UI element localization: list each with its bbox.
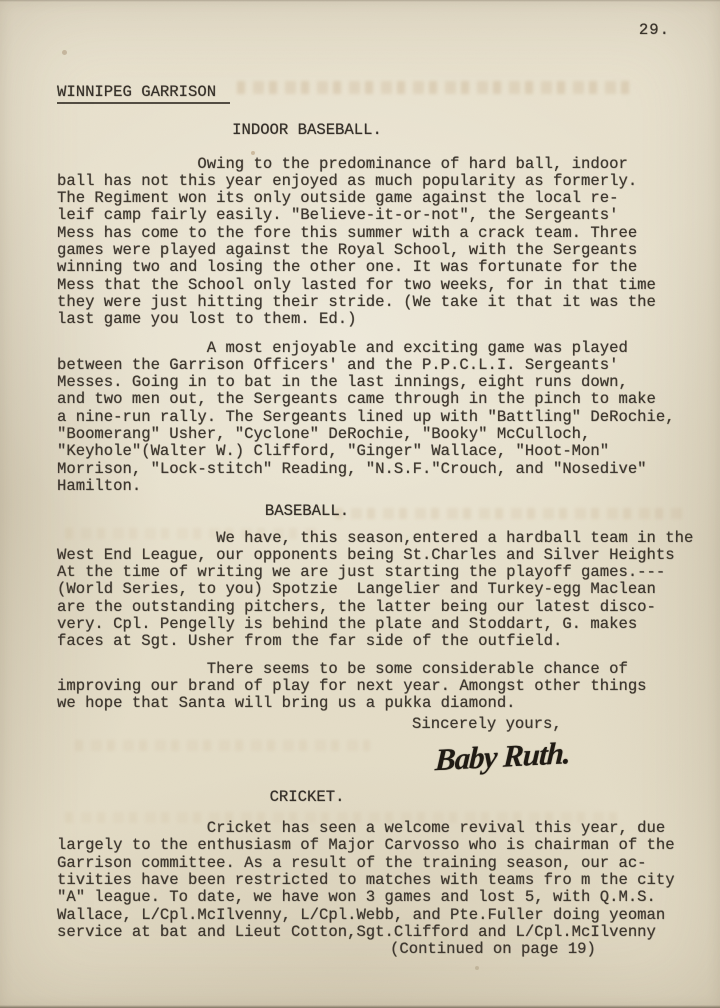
ink-speck [475, 966, 479, 970]
section-heading-baseball: BASEBALL. [57, 503, 557, 520]
title-row: WINNIPEG GARRISON [57, 84, 712, 104]
paragraph-indoor-baseball-1: Owing to the predominance of hard ball, … [57, 156, 712, 329]
paragraph-cricket-1: Cricket has seen a welcome revival this … [57, 820, 712, 941]
paragraph-indoor-baseball-2: A most enjoyable and exciting game was p… [57, 340, 712, 496]
paragraph-baseball-1: We have, this season,entered a hardball … [57, 530, 712, 651]
section-heading-indoor-baseball: INDOOR BASEBALL. [57, 122, 557, 139]
valediction: Sincerely yours, [412, 716, 712, 733]
paragraph-baseball-2: There seems to be some considerable chan… [57, 661, 712, 713]
handwritten-signature: Baby Ruth. [434, 727, 636, 784]
continuation-note: (Continued on page 19) [390, 941, 712, 958]
section-heading-cricket: CRICKET. [57, 789, 557, 806]
unit-title: WINNIPEG GARRISON [57, 84, 230, 104]
scanned-document-page: 29. WINNIPEG GARRISON INDOOR BASEBALL. O… [0, 0, 720, 1008]
